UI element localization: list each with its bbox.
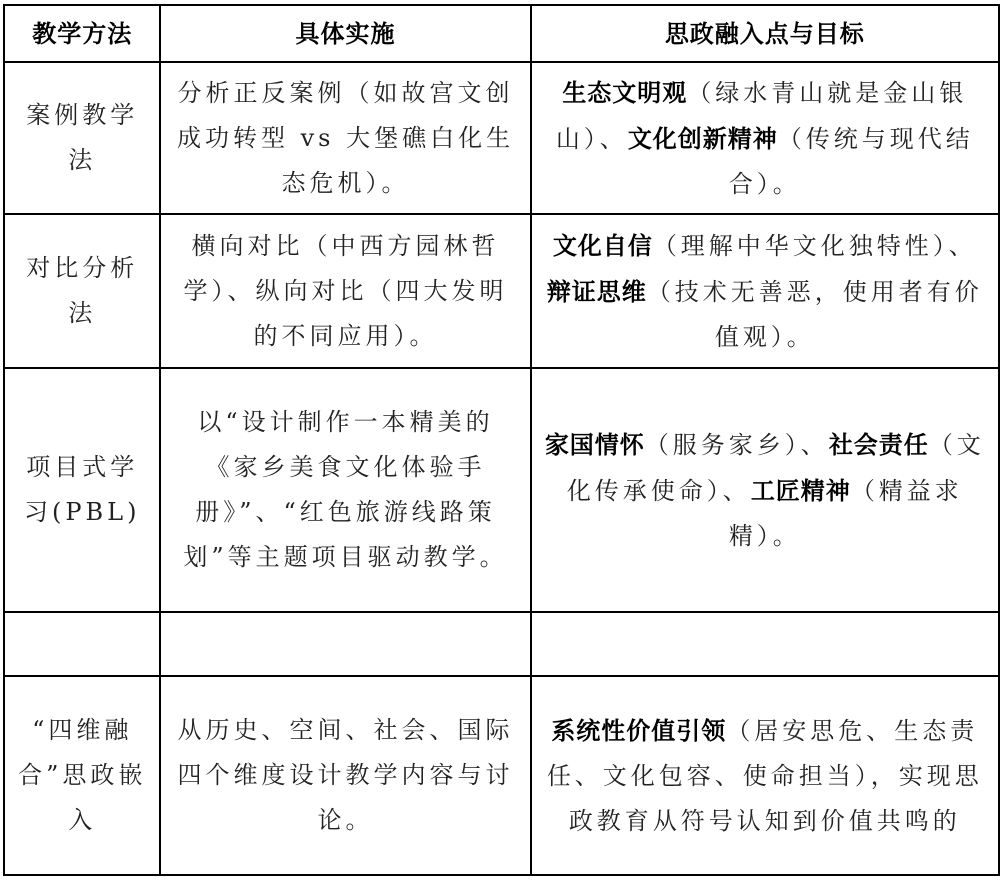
table-row: 案例教学法 分析正反案例（如故宫文创成功转型 vs 大堡礁白化生态危机）。 生态… <box>4 62 999 214</box>
goal-cell: 系统性价值引领（居安思危、生态责任、文化包容、使命担当），实现思政教育从符号认知… <box>531 676 999 875</box>
header-ideological-goal: 思政融入点与目标 <box>531 5 999 62</box>
goal-cell: 生态文明观（绿水青山就是金山银山）、文化创新精神（传统与现代结合）。 <box>531 62 999 214</box>
method-cell: 对比分析法 <box>4 214 160 368</box>
teaching-methods-table: 教学方法 具体实施 思政融入点与目标 案例教学法 分析正反案例（如故宫文创成功转… <box>3 4 1000 876</box>
goal-text: （理解中华文化独特性）、 <box>653 232 977 260</box>
method-cell: 项目式学习(PBL) <box>4 368 160 612</box>
implementation-cell <box>160 612 530 676</box>
table-row: 项目式学习(PBL) 以“设计制作一本精美的《家乡美食文化体验手册》”、“红色旅… <box>4 368 999 612</box>
table-row: “四维融合”思政嵌入 从历史、空间、社会、国际四个维度设计教学内容与讨论。 系统… <box>4 676 999 875</box>
header-teaching-method: 教学方法 <box>4 5 160 62</box>
implementation-cell: 横向对比（中西方园林哲学）、纵向对比（四大发明的不同应用）。 <box>160 214 530 368</box>
goal-text: （服务家乡）、 <box>645 431 829 459</box>
goal-cell: 家国情怀（服务家乡）、社会责任（文化传承使命）、工匠精神（精益求精）。 <box>531 368 999 612</box>
goal-keyword: 文化自信 <box>553 231 653 260</box>
goal-keyword: 社会责任 <box>829 430 929 459</box>
goal-keyword: 生态文明观 <box>562 78 687 107</box>
header-implementation: 具体实施 <box>160 5 530 62</box>
table-row-empty <box>4 612 999 676</box>
goal-cell <box>531 612 999 676</box>
goal-keyword: 文化创新精神 <box>628 124 778 153</box>
method-cell: 案例教学法 <box>4 62 160 214</box>
goal-text: （技术无善恶，使用者有价值观）。 <box>647 278 983 351</box>
method-cell: “四维融合”思政嵌入 <box>4 676 160 875</box>
implementation-cell: 分析正反案例（如故宫文创成功转型 vs 大堡礁白化生态危机）。 <box>160 62 530 214</box>
table-row: 对比分析法 横向对比（中西方园林哲学）、纵向对比（四大发明的不同应用）。 文化自… <box>4 214 999 368</box>
method-cell <box>4 612 160 676</box>
goal-cell: 文化自信（理解中华文化独特性）、辩证思维（技术无善恶，使用者有价值观）。 <box>531 214 999 368</box>
goal-keyword: 工匠精神 <box>751 476 851 505</box>
table-header-row: 教学方法 具体实施 思政融入点与目标 <box>4 5 999 62</box>
goal-keyword: 家国情怀 <box>545 430 645 459</box>
implementation-cell: 以“设计制作一本精美的《家乡美食文化体验手册》”、“红色旅游线路策划”等主题项目… <box>160 368 530 612</box>
implementation-cell: 从历史、空间、社会、国际四个维度设计教学内容与讨论。 <box>160 676 530 875</box>
goal-keyword: 系统性价值引领 <box>551 716 726 745</box>
goal-keyword: 辩证思维 <box>547 277 647 306</box>
